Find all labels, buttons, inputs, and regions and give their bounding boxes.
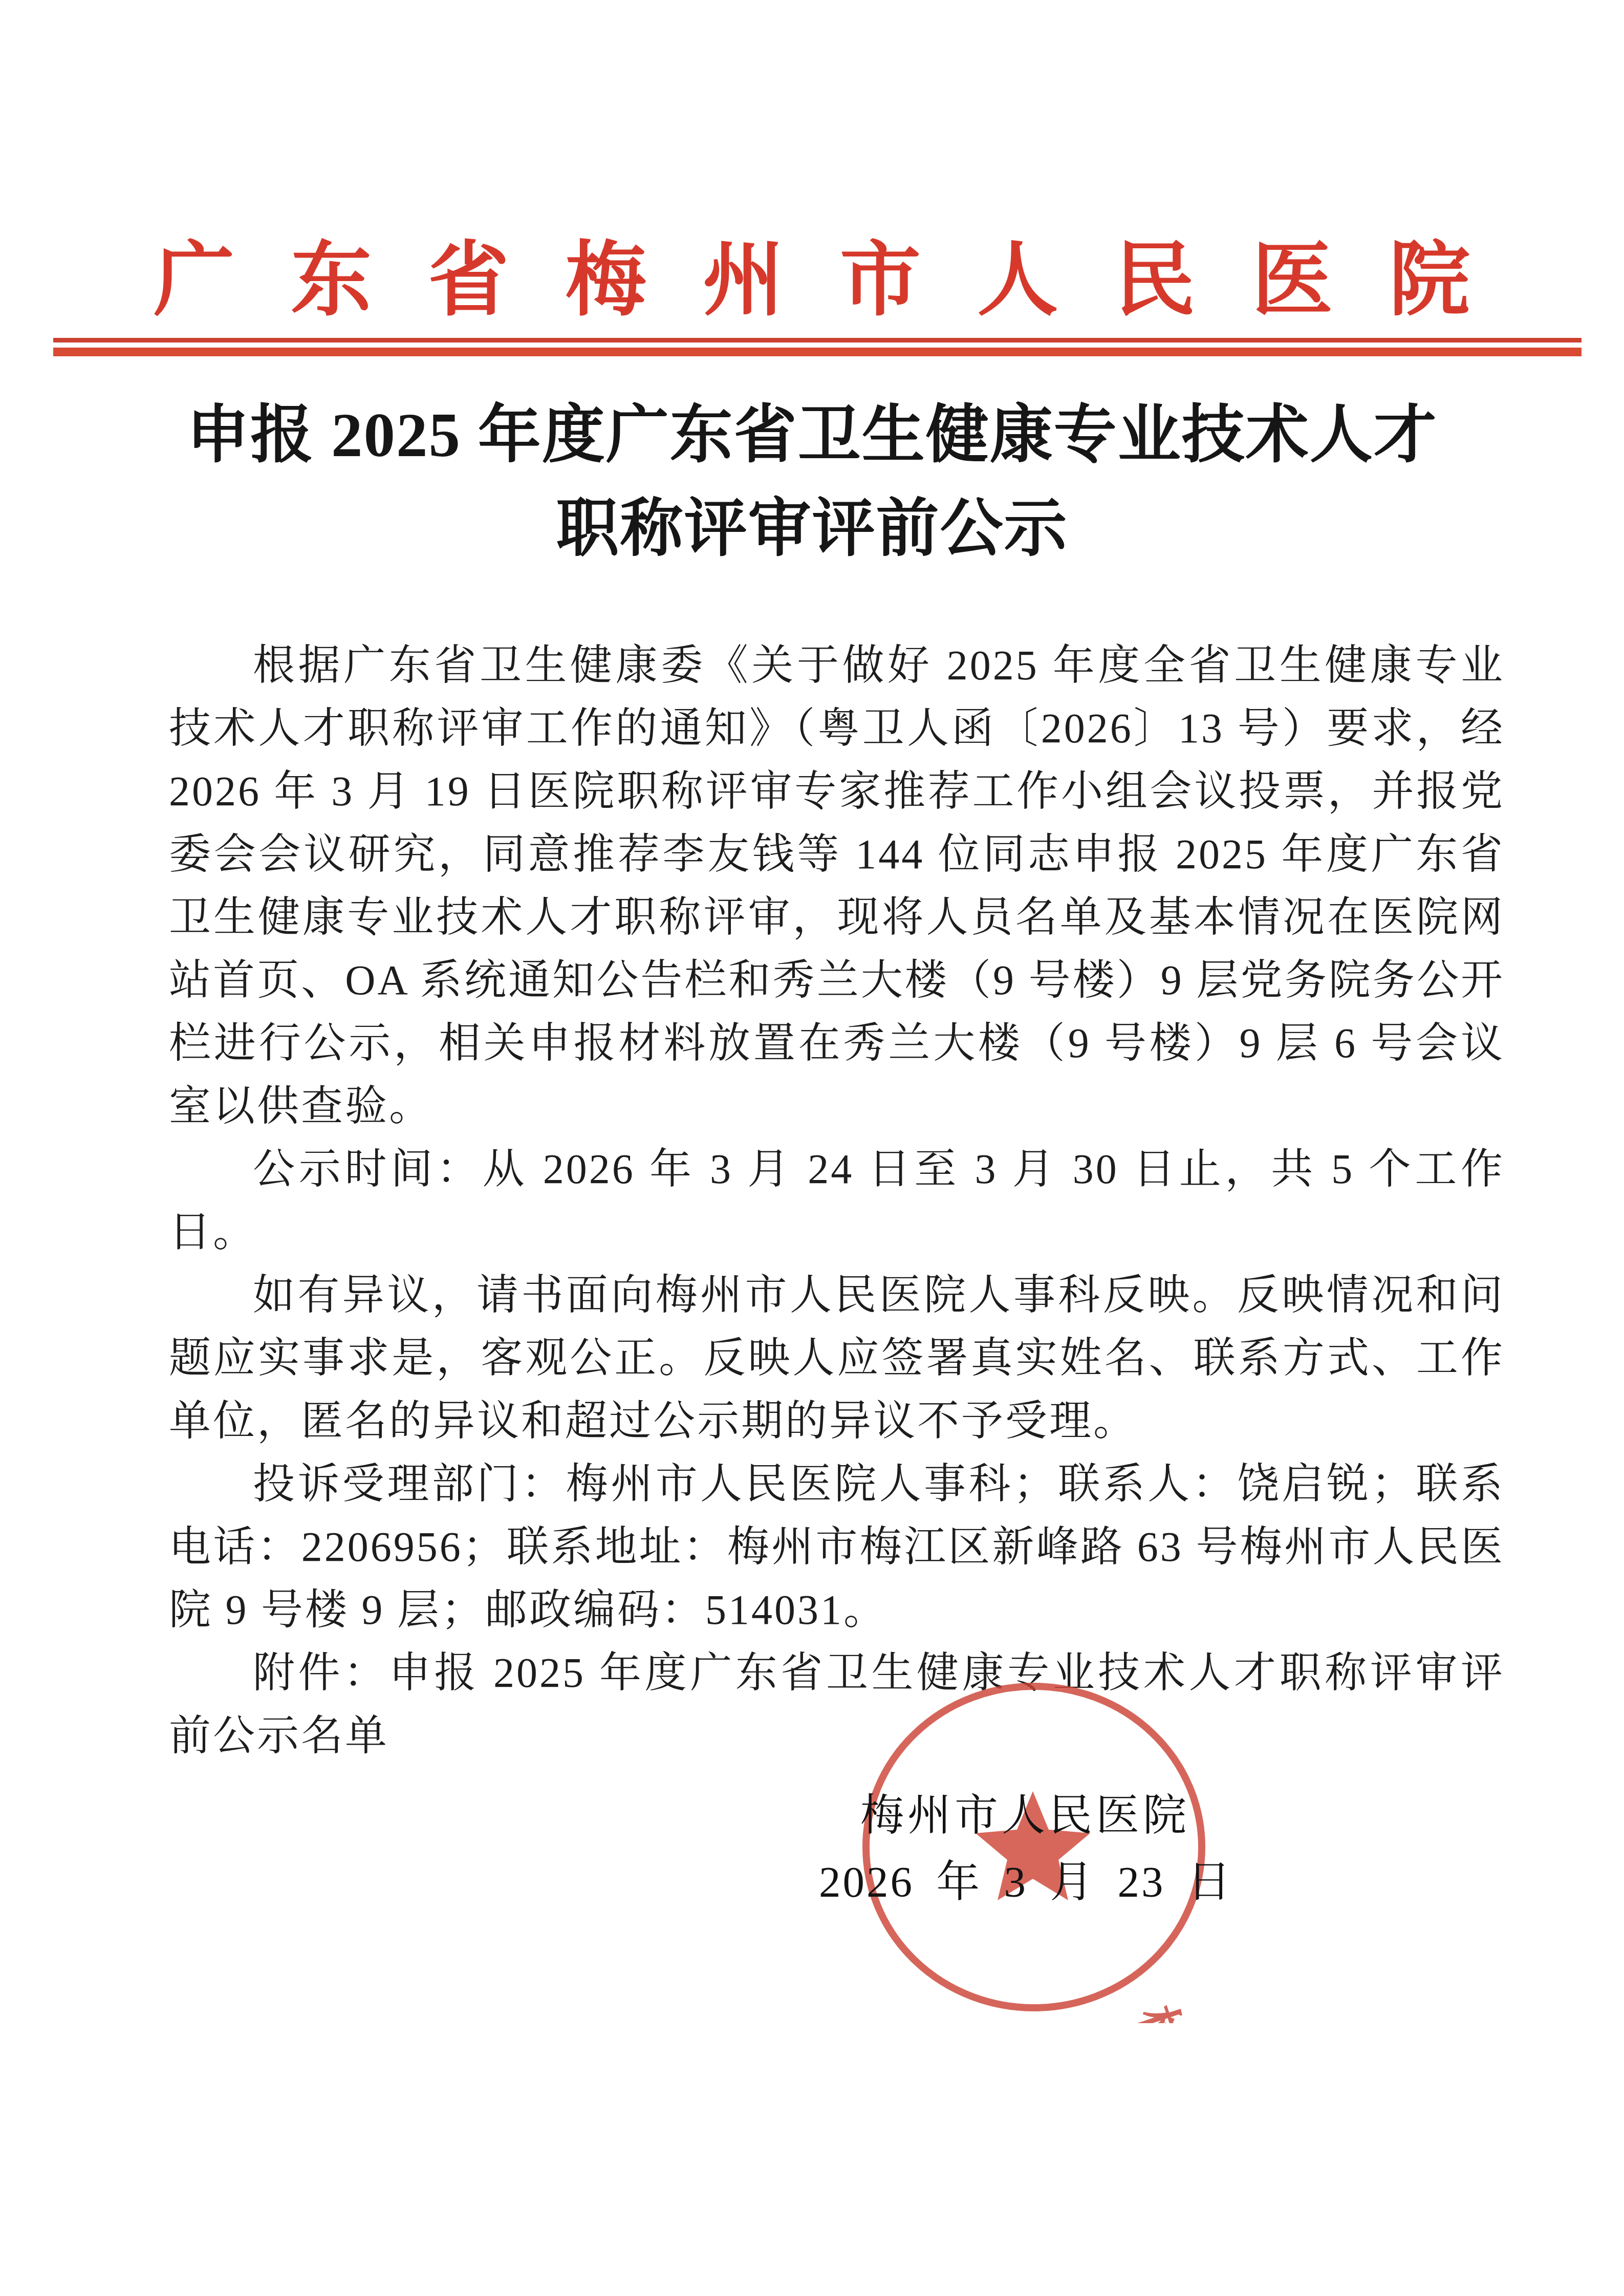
letterhead-rule-thick (53, 348, 1582, 356)
notice-title-line-1: 申报 2025 年度广东省卫生健康专业技术人才 (77, 388, 1547, 482)
letterhead-char: 广 (154, 237, 234, 326)
notice-title: 申报 2025 年度广东省卫生健康专业技术人才 职称评审评前公示 (77, 388, 1547, 575)
body-paragraph: 公示时间：从 2026 年 3 月 24 日至 3 月 30 日止，共 5 个工… (169, 1138, 1505, 1263)
letterhead-char: 院 (1389, 237, 1470, 326)
body-paragraph: 如有异议，请书面向梅州市人民医院人事科反映。反映情况和问题应实事求是，客观公正。… (169, 1263, 1505, 1452)
letterhead-char: 梅 (566, 237, 646, 326)
notice-title-line-2: 职称评审评前公示 (77, 482, 1547, 575)
body-paragraph: 投诉受理部门：梅州市人民医院人事科；联系人：饶启锐；联系电话：2206956；联… (169, 1452, 1505, 1641)
notice-body: 根据广东省卫生健康委《关于做好 2025 年度全省卫生健康专业技术人才职称评审工… (169, 634, 1505, 1767)
letterhead-char: 市 (840, 237, 921, 326)
signature-name: 梅州市人民医院 (851, 1780, 1199, 1843)
letterhead-char: 民 (1115, 237, 1196, 326)
seal-ring-text: 梅州市人民医院 (864, 2000, 1203, 2023)
letterhead-char: 东 (291, 237, 372, 326)
letterhead-rule-thin (53, 338, 1582, 342)
body-paragraph: 根据广东省卫生健康委《关于做好 2025 年度全省卫生健康专业技术人才职称评审工… (169, 634, 1505, 1138)
letterhead-char: 州 (703, 237, 784, 326)
letterhead-char: 人 (977, 237, 1058, 326)
letterhead-hospital-name: 广 东 省 梅 州 市 人 民 医 院 (154, 237, 1470, 326)
letterhead-char: 省 (428, 237, 509, 326)
body-paragraph: 附件：申报 2025 年度广东省卫生健康专业技术人才职称评审评前公示名单 (169, 1641, 1505, 1767)
scanned-notice-page: 广 东 省 梅 州 市 人 民 医 院 申报 2025 年度广东省卫生健康专业技… (0, 0, 1624, 2296)
letterhead-char: 医 (1252, 237, 1333, 326)
seal-ring-text-group: 梅州市人民医院 (864, 2000, 1203, 2023)
signature-date: 2026 年 3 月 23 日 (819, 1847, 1231, 1909)
